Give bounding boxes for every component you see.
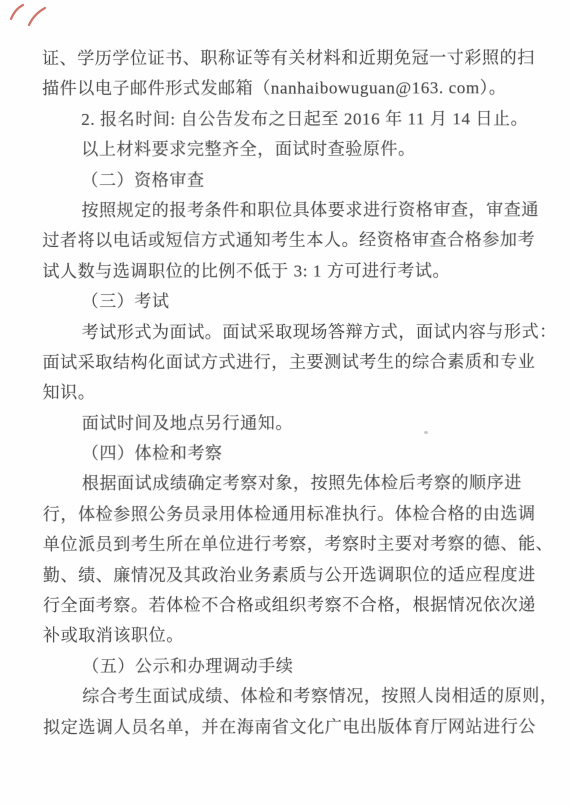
document-page: 证、学历学位证书、职称证等有关材料和近期免冠一寸彩照的扫描件以电子邮件形式发邮箱… — [0, 0, 571, 804]
text-line: 单位派员到考生所在单位进行考察，考察时主要对考察的德、能、 — [43, 529, 551, 560]
text-line: 过者将以电话或短信方式通知考生本人。经资格审查合格参加考 — [42, 225, 550, 256]
text-line: 根据面试成绩确定考察对象，按照先体检后考察的顺序进 — [43, 469, 551, 500]
scan-speck — [424, 431, 428, 434]
text-line: 知识。 — [43, 377, 551, 408]
text-line: 证、学历学位证书、职称证等有关材料和近期免冠一寸彩照的扫 — [42, 43, 550, 74]
text-line: 考试形式为面试。面试采取现场答辩方式，面试内容与形式： — [42, 317, 550, 348]
text-line: 描件以电子邮件形式发邮箱（nanhaibowuguan@163. com）。 — [42, 74, 550, 105]
text-line: 以上材料要求完整齐全，面试时查验原件。 — [42, 134, 550, 165]
document-text: 证、学历学位证书、职称证等有关材料和近期免冠一寸彩照的扫描件以电子邮件形式发邮箱… — [42, 43, 551, 743]
text-line: 行全面考察。若体检不合格或组织考察不合格，根据情况依次递 — [43, 590, 551, 621]
text-line: 面试时间及地点另行通知。 — [43, 408, 551, 439]
text-line: （三）考试 — [42, 286, 550, 317]
text-line: 补或取消该职位。 — [43, 621, 551, 652]
text-line: 按照规定的报考条件和职位具体要求进行资格审查，审查通 — [42, 195, 550, 226]
text-line: 综合考生面试成绩、体检和考察情况，按照人岗相适的原则， — [43, 681, 551, 712]
text-line: 试人数与选调职位的比例不低于 3: 1 方可进行考试。 — [42, 256, 550, 287]
text-line: 行，体检参照公务员录用体检通用标准执行。体检合格的由选调 — [43, 499, 551, 530]
text-line: 面试采取结构化面试方式进行，主要测试考生的综合素质和专业 — [43, 347, 551, 378]
text-line: 拟定选调人员名单，并在海南省文化广电出版体育厅网站进行公 — [43, 712, 551, 743]
text-line: （五）公示和办理调动手续 — [43, 651, 551, 682]
text-line: 2. 报名时间: 自公告发布之日起至 2016 年 11 月 14 日止。 — [42, 104, 550, 135]
text-line: （二）资格审查 — [42, 165, 550, 196]
text-line: 勤、绩、廉情况及其政治业务素质与公开选调职位的适应程度进 — [43, 560, 551, 591]
text-line: （四）体检和考察 — [43, 438, 551, 469]
red-pen-mark-icon — [4, 1, 54, 31]
